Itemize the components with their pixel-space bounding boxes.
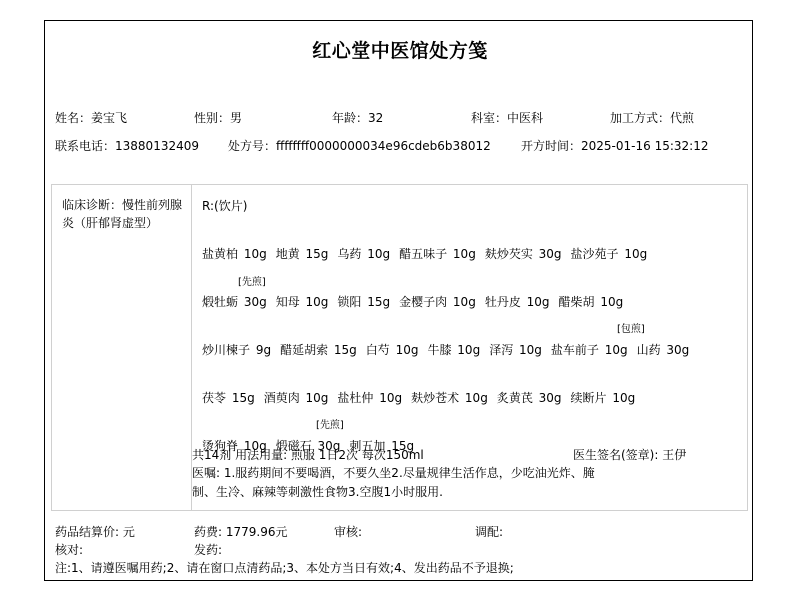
patient-dept: 科室：中医科 xyxy=(471,109,543,126)
rx-no-value: ffffffff0000000034e96cdeb6b38012 xyxy=(276,139,491,153)
drug-fee: 药费: 1779.96元 xyxy=(194,523,287,540)
herb-item: 盐杜仲 10g xyxy=(337,389,402,406)
herb-item: 醋延胡索 15g xyxy=(280,341,357,358)
herb-item: 牡丹皮 10g xyxy=(485,293,550,310)
herb-item: 泽泻 10g xyxy=(489,341,542,358)
patient-name: 姓名：姜宝飞 xyxy=(55,109,127,126)
herb-item: 盐黄柏 10g xyxy=(202,245,267,262)
herb-item: 山药 30g xyxy=(637,341,690,358)
issue-field: 发药: xyxy=(194,541,222,558)
rx-header: R:(饮片) xyxy=(202,197,247,214)
rx-no-label: 处方号： xyxy=(228,139,276,153)
gender-label: 性别： xyxy=(194,111,230,125)
decoct-first-note: [先煎] xyxy=(316,416,344,431)
herb-line-3: 炒川楝子 9g醋延胡索 15g白芍 10g牛膝 10g泽泻 10g盐车前子 10… xyxy=(202,341,698,358)
clinical-diagnosis: 临床诊断：慢性前列腺炎（肝郁肾虚型） xyxy=(62,196,187,232)
wrap-decoct-note: [包煎] xyxy=(617,320,645,335)
process-label: 加工方式： xyxy=(610,111,670,125)
page-title: 红心堂中医馆处方笺 xyxy=(0,36,800,63)
rx-time-label: 开方时间： xyxy=(521,139,581,153)
gender-value: 男 xyxy=(230,111,242,125)
settle-price: 药品结算价: 元 xyxy=(55,523,135,540)
medical-advice: 医嘱: 1.服药期间不要喝酒，不要久坐2.尽量规律生活作息，少吃油光炸、腌制、生… xyxy=(192,464,602,502)
name-value: 姜宝飞 xyxy=(91,111,127,125)
herb-item: 麸炒芡实 30g xyxy=(485,245,562,262)
herb-item: 炙黄芪 30g xyxy=(497,389,562,406)
age-label: 年龄： xyxy=(332,111,368,125)
herb-item: 续断片 10g xyxy=(571,389,636,406)
herb-item: 盐沙苑子 10g xyxy=(571,245,648,262)
herb-item: 盐车前子 10g xyxy=(551,341,628,358)
herb-item: 白芍 10g xyxy=(366,341,419,358)
herb-item: 乌药 10g xyxy=(337,245,390,262)
herb-item: 知母 10g xyxy=(276,293,329,310)
rx-time-value: 2025-01-16 15:32:12 xyxy=(581,139,708,153)
footer-notice: 注:1、请遵医嘱用药;2、请在窗口点清药品;3、本处方当日有效;4、发出药品不予… xyxy=(55,559,514,576)
herb-item: 牛膝 10g xyxy=(427,341,480,358)
herb-item: 茯苓 15g xyxy=(202,389,255,406)
name-label: 姓名： xyxy=(55,111,91,125)
dept-label: 科室： xyxy=(471,111,507,125)
patient-age: 年龄：32 xyxy=(332,109,383,126)
dispense-field: 调配: xyxy=(475,523,503,540)
doctor-signature: 医生签名(签章): 王伊 xyxy=(573,446,686,463)
herb-line-1: 盐黄柏 10g地黄 15g乌药 10g醋五味子 10g麸炒芡实 30g盐沙苑子 … xyxy=(202,245,656,262)
herb-item: 锁阳 15g xyxy=(337,293,390,310)
rx-time: 开方时间：2025-01-16 15:32:12 xyxy=(521,137,708,154)
herb-line-4: 茯苓 15g酒萸肉 10g盐杜仲 10g麸炒苍术 10g炙黄芪 30g续断片 1… xyxy=(202,389,644,406)
herb-item: 地黄 15g xyxy=(276,245,329,262)
decoct-first-note: [先煎] xyxy=(238,273,266,288)
herb-line-2: 煅牡蛎 30g知母 10g锁阳 15g金樱子肉 10g牡丹皮 10g醋柴胡 10… xyxy=(202,293,632,310)
process-method: 加工方式：代煎 xyxy=(610,109,694,126)
phone-label: 联系电话： xyxy=(55,139,115,153)
herb-item: 酒萸肉 10g xyxy=(264,389,329,406)
patient-phone: 联系电话：13880132409 xyxy=(55,137,199,154)
herb-item: 炒川楝子 9g xyxy=(202,341,271,358)
check-field: 核对: xyxy=(55,541,83,558)
herb-item: 麸炒苍术 10g xyxy=(411,389,488,406)
patient-gender: 性别：男 xyxy=(194,109,242,126)
phone-value: 13880132409 xyxy=(115,139,199,153)
process-value: 代煎 xyxy=(670,111,694,125)
herb-item: 醋五味子 10g xyxy=(399,245,476,262)
age-value: 32 xyxy=(368,111,383,125)
herb-item: 醋柴胡 10g xyxy=(559,293,624,310)
rx-number: 处方号：ffffffff0000000034e96cdeb6b38012 xyxy=(228,137,491,154)
herb-item: 煅牡蛎 30g xyxy=(202,293,267,310)
herb-item: 金樱子肉 10g xyxy=(399,293,476,310)
review-field: 审核: xyxy=(334,523,362,540)
dept-value: 中医科 xyxy=(507,111,543,125)
usage-dosage: 共14剂 用法用量: 煎服 1日2次 每次150ml xyxy=(192,446,424,463)
